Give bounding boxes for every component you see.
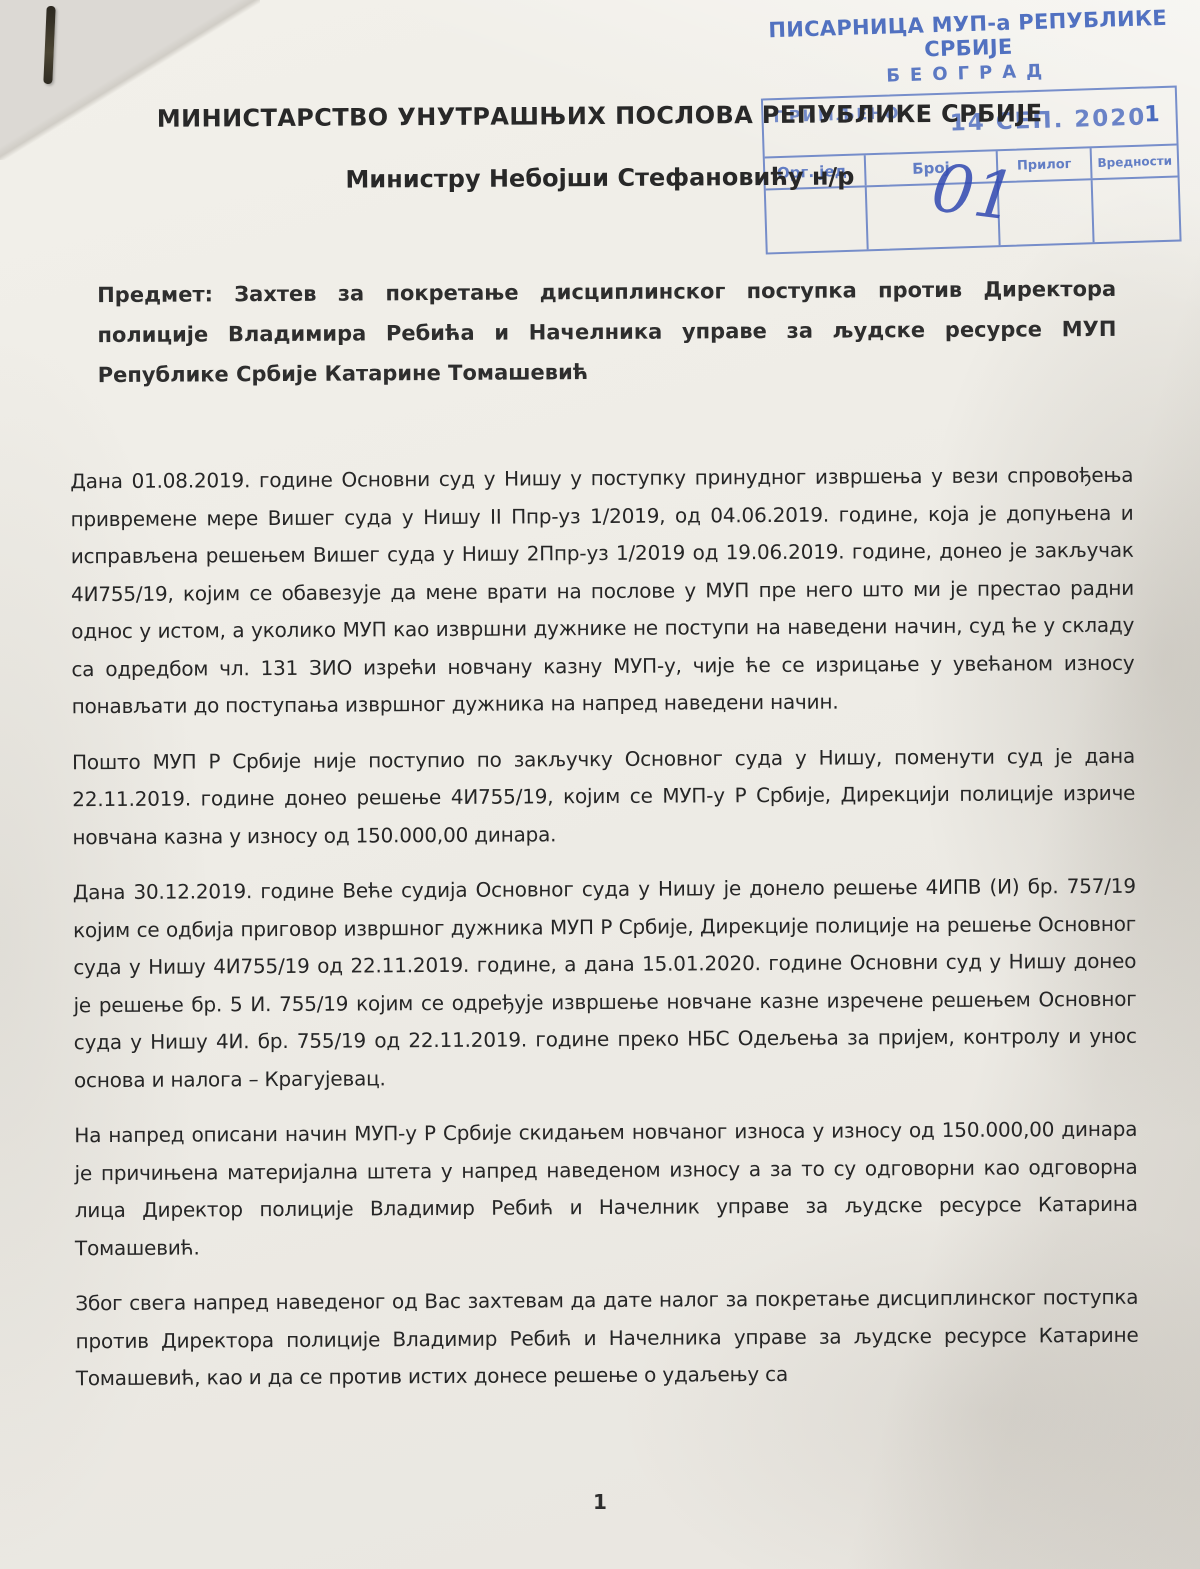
- stamp-received-count: 1: [1144, 102, 1160, 127]
- letter-body: Дана 01.08.2019. године Основни суд у Ни…: [70, 457, 1139, 1398]
- paragraph-3: Дана 30.12.2019. године Веће судија Осно…: [73, 868, 1137, 1099]
- letter-content: МИНИСТАРСТВО УНУТРАШЊИХ ПОСЛОВА РЕПУБЛИК…: [68, 93, 1139, 1416]
- paragraph-5: Због свега напред наведеног од Вас захте…: [75, 1279, 1139, 1398]
- ministry-title: МИНИСТАРСТВО УНУТРАШЊИХ ПОСЛОВА РЕПУБЛИК…: [68, 93, 1131, 133]
- paragraph-4: На напред описани начин МУП-у Р Србије с…: [74, 1111, 1138, 1267]
- addressee-line: Министру Небојши Стефановићу н/р: [68, 161, 1131, 195]
- paragraph-1: Дана 01.08.2019. године Основни суд у Ни…: [70, 457, 1135, 726]
- page-number: 1: [0, 1490, 1200, 1514]
- paragraph-2: Пошто МУП Р Србије није поступио по закљ…: [72, 737, 1136, 856]
- scanned-document-page: ПИСАРНИЦА МУП-а РЕПУБЛИКЕ СРБИЈЕ БЕОГРАД…: [0, 0, 1200, 1569]
- subject-line: Предмет: Захтев за покретање дисциплинск…: [69, 269, 1133, 395]
